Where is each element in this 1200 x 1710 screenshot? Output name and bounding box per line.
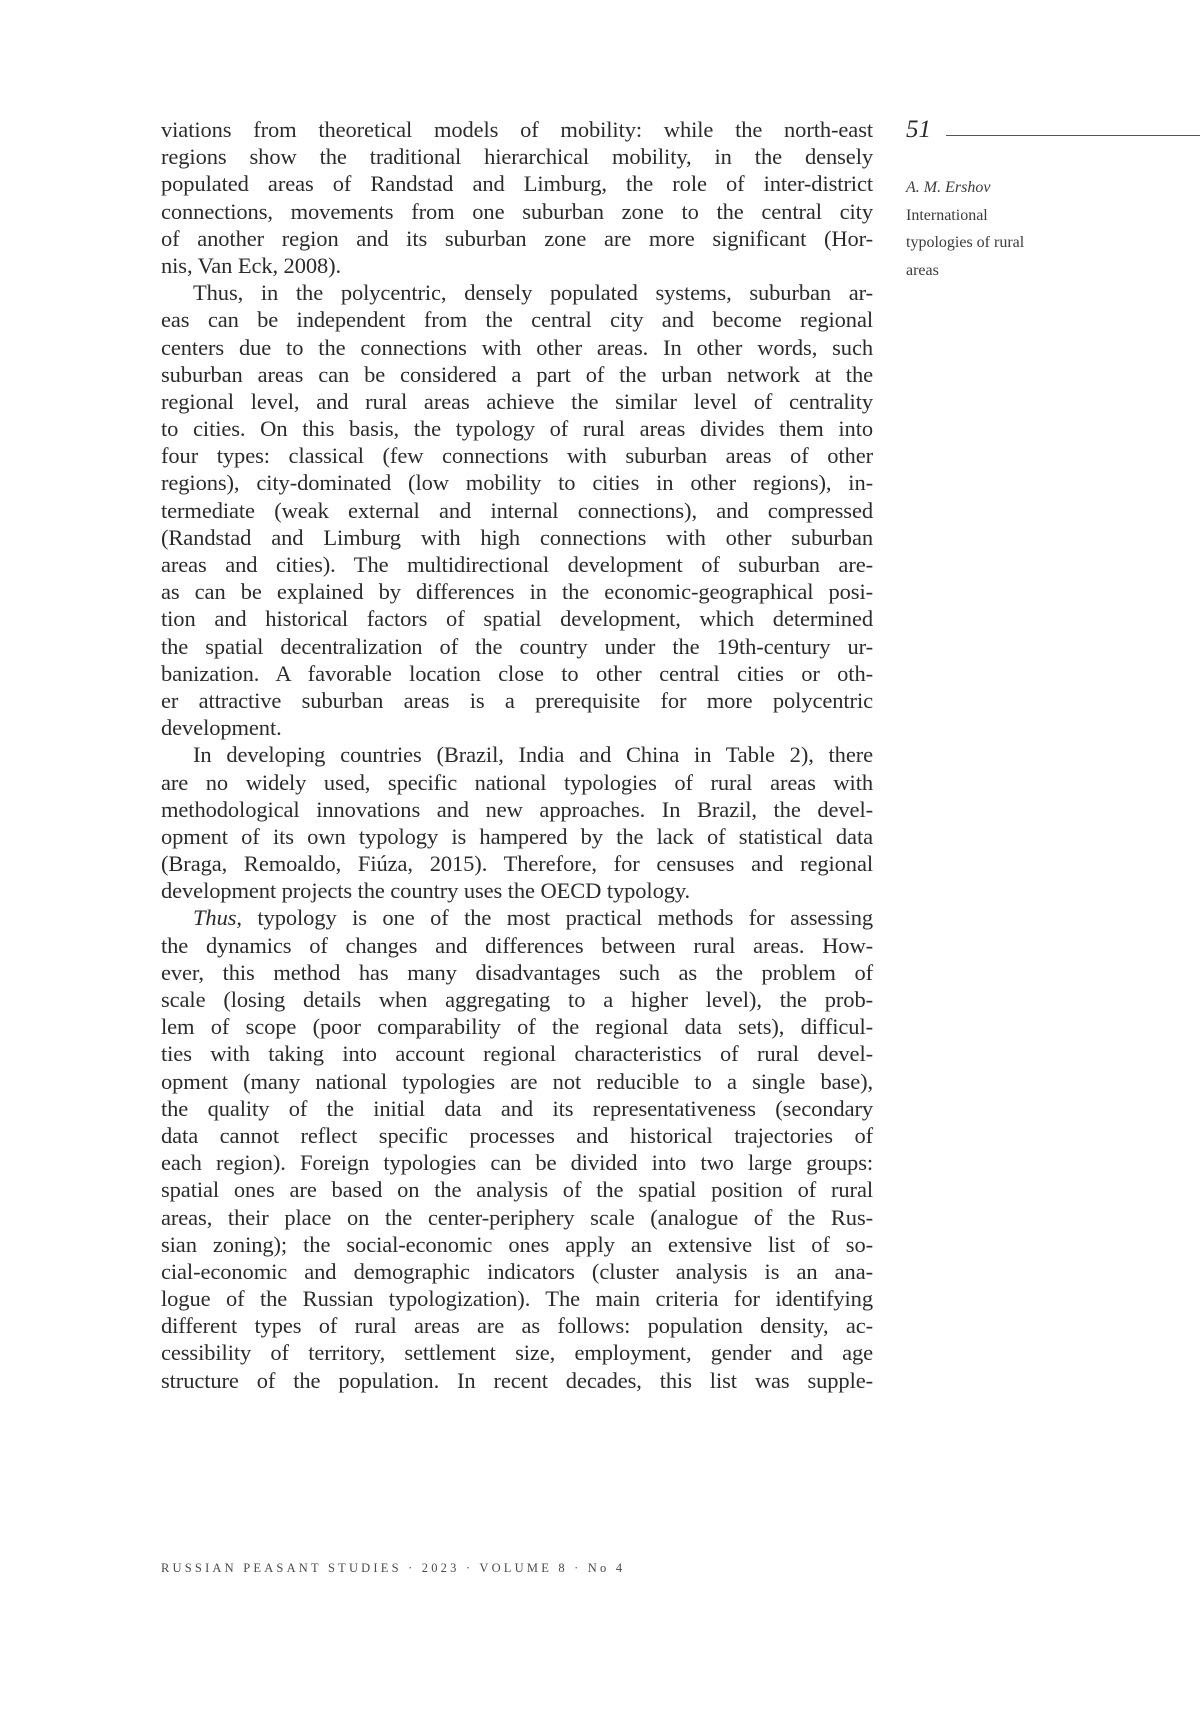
text-line: termediate (weak external and internal c…: [161, 497, 873, 524]
text-line: ever, this method has many disadvantages…: [161, 959, 873, 986]
text-line: the quality of the initial data and its …: [161, 1095, 873, 1122]
running-author: A. M. Ershov: [906, 174, 1066, 202]
text-line: development.: [161, 714, 873, 741]
text-line: logue of the Russian typologization). Th…: [161, 1285, 873, 1312]
text-line: populated areas of Randstad and Limburg,…: [161, 170, 873, 197]
paragraph: Thus, typology is one of the most practi…: [161, 904, 873, 1393]
text-line: cessibility of territory, settlement siz…: [161, 1339, 873, 1366]
text-line: structure of the population. In recent d…: [161, 1367, 873, 1394]
text-line: regions show the traditional hierarchica…: [161, 143, 873, 170]
text-line: development projects the country uses th…: [161, 877, 873, 904]
text-line: as can be explained by differences in th…: [161, 578, 873, 605]
running-title-line: typologies of rural: [906, 229, 1066, 257]
text-line: methodological innovations and new appro…: [161, 796, 873, 823]
text-line: opment (many national typologies are not…: [161, 1068, 873, 1095]
paragraph: Thus, in the polycentric, densely popula…: [161, 279, 873, 741]
text-line: centers due to the connections with othe…: [161, 334, 873, 361]
running-title-line: International: [906, 202, 1066, 230]
text-line: ties with taking into account regional c…: [161, 1040, 873, 1067]
text-line: opment of its own typology is hampered b…: [161, 823, 873, 850]
text-line-rest: , typology is one of the most practical …: [236, 905, 873, 930]
text-line: regional level, and rural areas achieve …: [161, 388, 873, 415]
text-line: the spatial decentralization of the coun…: [161, 633, 873, 660]
text-line: data cannot reflect specific processes a…: [161, 1122, 873, 1149]
text-line: er attractive suburban areas is a prereq…: [161, 687, 873, 714]
text-line: suburban areas can be considered a part …: [161, 361, 873, 388]
text-line: scale (losing details when aggregating t…: [161, 986, 873, 1013]
text-line: Thus, in the polycentric, densely popula…: [161, 279, 873, 306]
paragraph: viations from theoretical models of mobi…: [161, 116, 873, 279]
text-line: of another region and its suburban zone …: [161, 225, 873, 252]
text-line: areas and cities). The multidirectional …: [161, 551, 873, 578]
text-line: eas can be independent from the central …: [161, 306, 873, 333]
text-line: four types: classical (few connections w…: [161, 442, 873, 469]
text-line: the dynamics of changes and differences …: [161, 932, 873, 959]
text-line: are no widely used, specific national ty…: [161, 769, 873, 796]
text-line: cial-economic and demographic indicators…: [161, 1258, 873, 1285]
text-line: connections, movements from one suburban…: [161, 198, 873, 225]
page-number: 51: [906, 116, 931, 144]
journal-page: 51 A. M. Ershov International typologies…: [0, 0, 1200, 1710]
text-line: regions), city-dominated (low mobility t…: [161, 469, 873, 496]
header-rule: [946, 135, 1200, 136]
journal-footer: RUSSIAN PEASANT STUDIES · 2023 · VOLUME …: [161, 1561, 625, 1576]
running-title-line: areas: [906, 257, 1066, 285]
text-line: spatial ones are based on the analysis o…: [161, 1176, 873, 1203]
text-line: tion and historical factors of spatial d…: [161, 605, 873, 632]
body-text-column: viations from theoretical models of mobi…: [161, 116, 873, 1394]
text-line: viations from theoretical models of mobi…: [161, 116, 873, 143]
text-line: different types of rural areas are as fo…: [161, 1312, 873, 1339]
text-line: nis, Van Eck, 2008).: [161, 252, 873, 279]
text-line: areas, their place on the center-periphe…: [161, 1204, 873, 1231]
text-line: (Randstad and Limburg with high connecti…: [161, 524, 873, 551]
italic-lead-word: Thus: [193, 905, 236, 930]
text-line: (Braga, Remoaldo, Fiúza, 2015). Therefor…: [161, 850, 873, 877]
text-line: lem of scope (poor comparability of the …: [161, 1013, 873, 1040]
text-line: banization. A favorable location close t…: [161, 660, 873, 687]
text-line: each region). Foreign typologies can be …: [161, 1149, 873, 1176]
text-line: sian zoning); the social-economic ones a…: [161, 1231, 873, 1258]
text-line: Thus, typology is one of the most practi…: [161, 904, 873, 931]
text-line: In developing countries (Brazil, India a…: [161, 741, 873, 768]
running-head-margin-note: A. M. Ershov International typologies of…: [906, 174, 1066, 284]
text-line: to cities. On this basis, the typology o…: [161, 415, 873, 442]
paragraph: In developing countries (Brazil, India a…: [161, 741, 873, 904]
